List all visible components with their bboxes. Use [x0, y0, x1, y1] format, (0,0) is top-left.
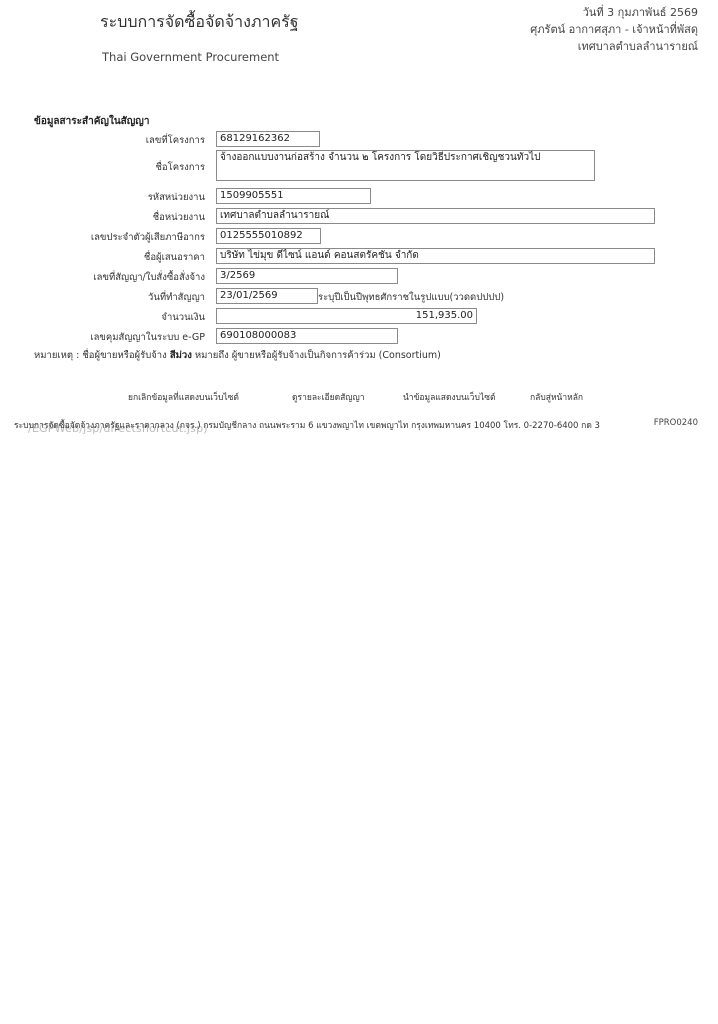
- amount-label: จำนวนเงิน: [5, 310, 205, 325]
- system-title-thai: ระบบการจัดซื้อจัดจ้างภาครัฐ: [100, 10, 299, 35]
- egp-control-no-field[interactable]: 690108000083: [216, 328, 398, 344]
- project-no-field[interactable]: 68129162362: [216, 131, 320, 147]
- current-date: วันที่ 3 กุมภาพันธ์ 2569: [530, 4, 698, 21]
- contract-date-label: วันที่ทำสัญญา: [5, 290, 205, 305]
- note-prefix: หมายเหตุ : ชื่อผู้ขายหรือผู้รับจ้าง: [34, 350, 167, 361]
- contract-no-field[interactable]: 3/2569: [216, 268, 398, 284]
- agency-name-label: ชื่อหน่วยงาน: [5, 210, 205, 225]
- egp-control-no-label: เลขคุมสัญญาในระบบ e-GP: [5, 330, 205, 345]
- cancel-publish-link[interactable]: ยกเลิกข้อมูลที่แสดงบนเว็บไซต์: [128, 390, 239, 404]
- agency-code-field[interactable]: 1509905551: [216, 188, 371, 204]
- contract-no-label: เลขที่สัญญา/ใบสั่งซื้อสั่งจ้าง: [5, 270, 205, 285]
- amount-field[interactable]: 151,935.00: [216, 308, 477, 324]
- bidder-name-field[interactable]: บริษัท ไข่มุข ดีไซน์ แอนด์ คอนสตรัคชั่น …: [216, 248, 655, 264]
- page-code: FPRO0240: [654, 418, 698, 428]
- user-name-role: ศุภรัตน์ อากาศสุภา - เจ้าหน้าที่พัสดุ: [530, 21, 698, 38]
- footer-address: ระบบการจัดซื้อจัดจ้างภาครัฐและราคากลาง (…: [14, 418, 600, 432]
- user-organization: เทศบาลตำบลลำนารายณ์: [530, 38, 698, 55]
- tax-id-field[interactable]: 0125555010892: [216, 228, 321, 244]
- agency-code-label: รหัสหน่วยงาน: [5, 190, 205, 205]
- publish-link[interactable]: นำข้อมูลแสดงบนเว็บไซต์: [403, 390, 496, 404]
- section-title: ข้อมูลสาระสำคัญในสัญญา: [34, 114, 149, 129]
- bidder-name-label: ชื่อผู้เสนอราคา: [5, 250, 205, 265]
- consortium-note: หมายเหตุ : ชื่อผู้ขายหรือผู้รับจ้าง สีม่…: [34, 348, 441, 363]
- date-format-hint: ระบุปีเป็นปีพุทธศักราชในรูปแบบ(ววดดปปปป): [318, 290, 504, 305]
- project-no-label: เลขที่โครงการ: [5, 133, 205, 148]
- view-contract-link[interactable]: ดูรายละเอียดสัญญา: [292, 390, 365, 404]
- agency-name-field[interactable]: เทศบาลตำบลลำนารายณ์: [216, 208, 655, 224]
- note-suffix: หมายถึง ผู้ขายหรือผู้รับจ้างเป็นกิจการค้…: [195, 350, 441, 361]
- back-home-link[interactable]: กลับสู่หน้าหลัก: [530, 390, 583, 404]
- project-name-field[interactable]: จ้างออกแบบงานก่อสร้าง จำนวน ๒ โครงการ โด…: [216, 150, 595, 181]
- note-highlight: สีม่วง: [170, 350, 192, 361]
- user-info: วันที่ 3 กุมภาพันธ์ 2569 ศุภรัตน์ อากาศส…: [530, 4, 698, 55]
- tax-id-label: เลขประจำตัวผู้เสียภาษีอากร: [5, 230, 205, 245]
- system-title-english: Thai Government Procurement: [102, 50, 279, 64]
- project-name-label: ชื่อโครงการ: [5, 160, 205, 175]
- contract-date-field[interactable]: 23/01/2569: [216, 288, 318, 304]
